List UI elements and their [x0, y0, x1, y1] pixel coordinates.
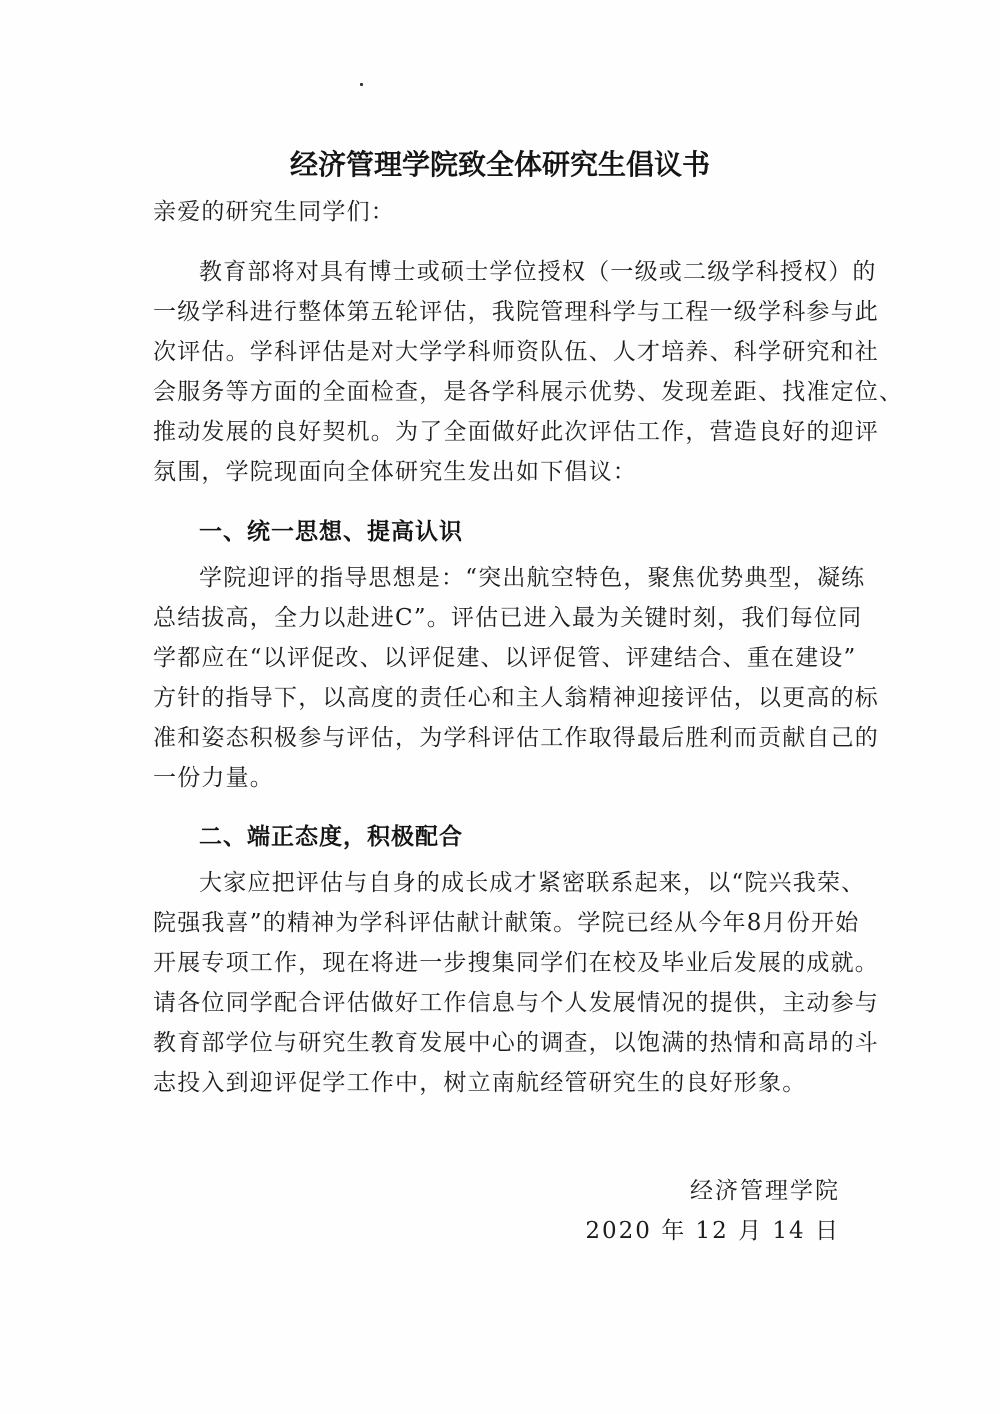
- paragraph-line: 总结拔高，全力以赴进C”。评估已进入最为关键时刻，我们每位同: [153, 603, 862, 633]
- paragraph-line: 教育部将对具有博士或硕士学位授权（一级或二级学科授权）的: [199, 257, 877, 287]
- paragraph-line: 方针的指导下，以高度的责任心和主人翁精神迎接评估，以更高的标: [153, 683, 879, 713]
- paragraph-line: 开展专项工作，现在将进一步搜集同学们在校及毕业后发展的成就。: [153, 948, 879, 978]
- paragraph-line: 一级学科进行整体第五轮评估，我院管理科学与工程一级学科参与此: [153, 297, 879, 327]
- section-heading-2: 二、端正态度，积极配合: [199, 822, 463, 852]
- paragraph-line: 次评估。学科评估是对大学学科师资队伍、人才培养、科学研究和社: [153, 337, 879, 367]
- paragraph-line: 推动发展的良好契机。为了全面做好此次评估工作，营造良好的迎评: [153, 417, 879, 447]
- paragraph-line: 志投入到迎评促学工作中，树立南航经管研究生的良好形象。: [153, 1068, 806, 1098]
- paragraph-line: 大家应把评估与自身的成长成才紧密联系起来，以“院兴我荣、: [199, 868, 865, 898]
- paragraph-line: 院强我喜”的精神为学科评估献计献策。学院已经从今年8月份开始: [153, 908, 859, 938]
- paragraph-line: 氛围，学院现面向全体研究生发出如下倡议：: [153, 457, 637, 487]
- paragraph-line: 准和姿态积极参与评估，为学科评估工作取得最后胜利而贡献自己的: [153, 723, 879, 753]
- scan-speck: [360, 83, 363, 86]
- paragraph-line: 教育部学位与研究生教育发展中心的调查，以饱满的热情和高昂的斗: [153, 1028, 879, 1058]
- document-page: 经济管理学院致全体研究生倡议书 亲爱的研究生同学们： 教育部将对具有博士或硕士学…: [0, 0, 1000, 1414]
- paragraph-line: 一份力量。: [153, 763, 274, 793]
- paragraph-line: 请各位同学配合评估做好工作信息与个人发展情况的提供，主动参与: [153, 988, 879, 1018]
- paragraph-line: 学都应在“以评促改、以评促建、以评促管、评建结合、重在建设”: [153, 643, 857, 673]
- paragraph-line: 会服务等方面的全面检查，是各学科展示优势、发现差距、找准定位、: [153, 377, 903, 407]
- signature-date: 2020 年 12 月 14 日: [585, 1212, 840, 1245]
- paragraph-line: 学院迎评的指导思想是：“突出航空特色，聚焦优势典型，凝练: [199, 563, 865, 593]
- salutation: 亲爱的研究生同学们：: [153, 197, 395, 227]
- section-heading-1: 一、统一思想、提高认识: [199, 517, 463, 547]
- signature-organization: 经济管理学院: [690, 1172, 840, 1205]
- document-title: 经济管理学院致全体研究生倡议书: [0, 143, 1000, 183]
